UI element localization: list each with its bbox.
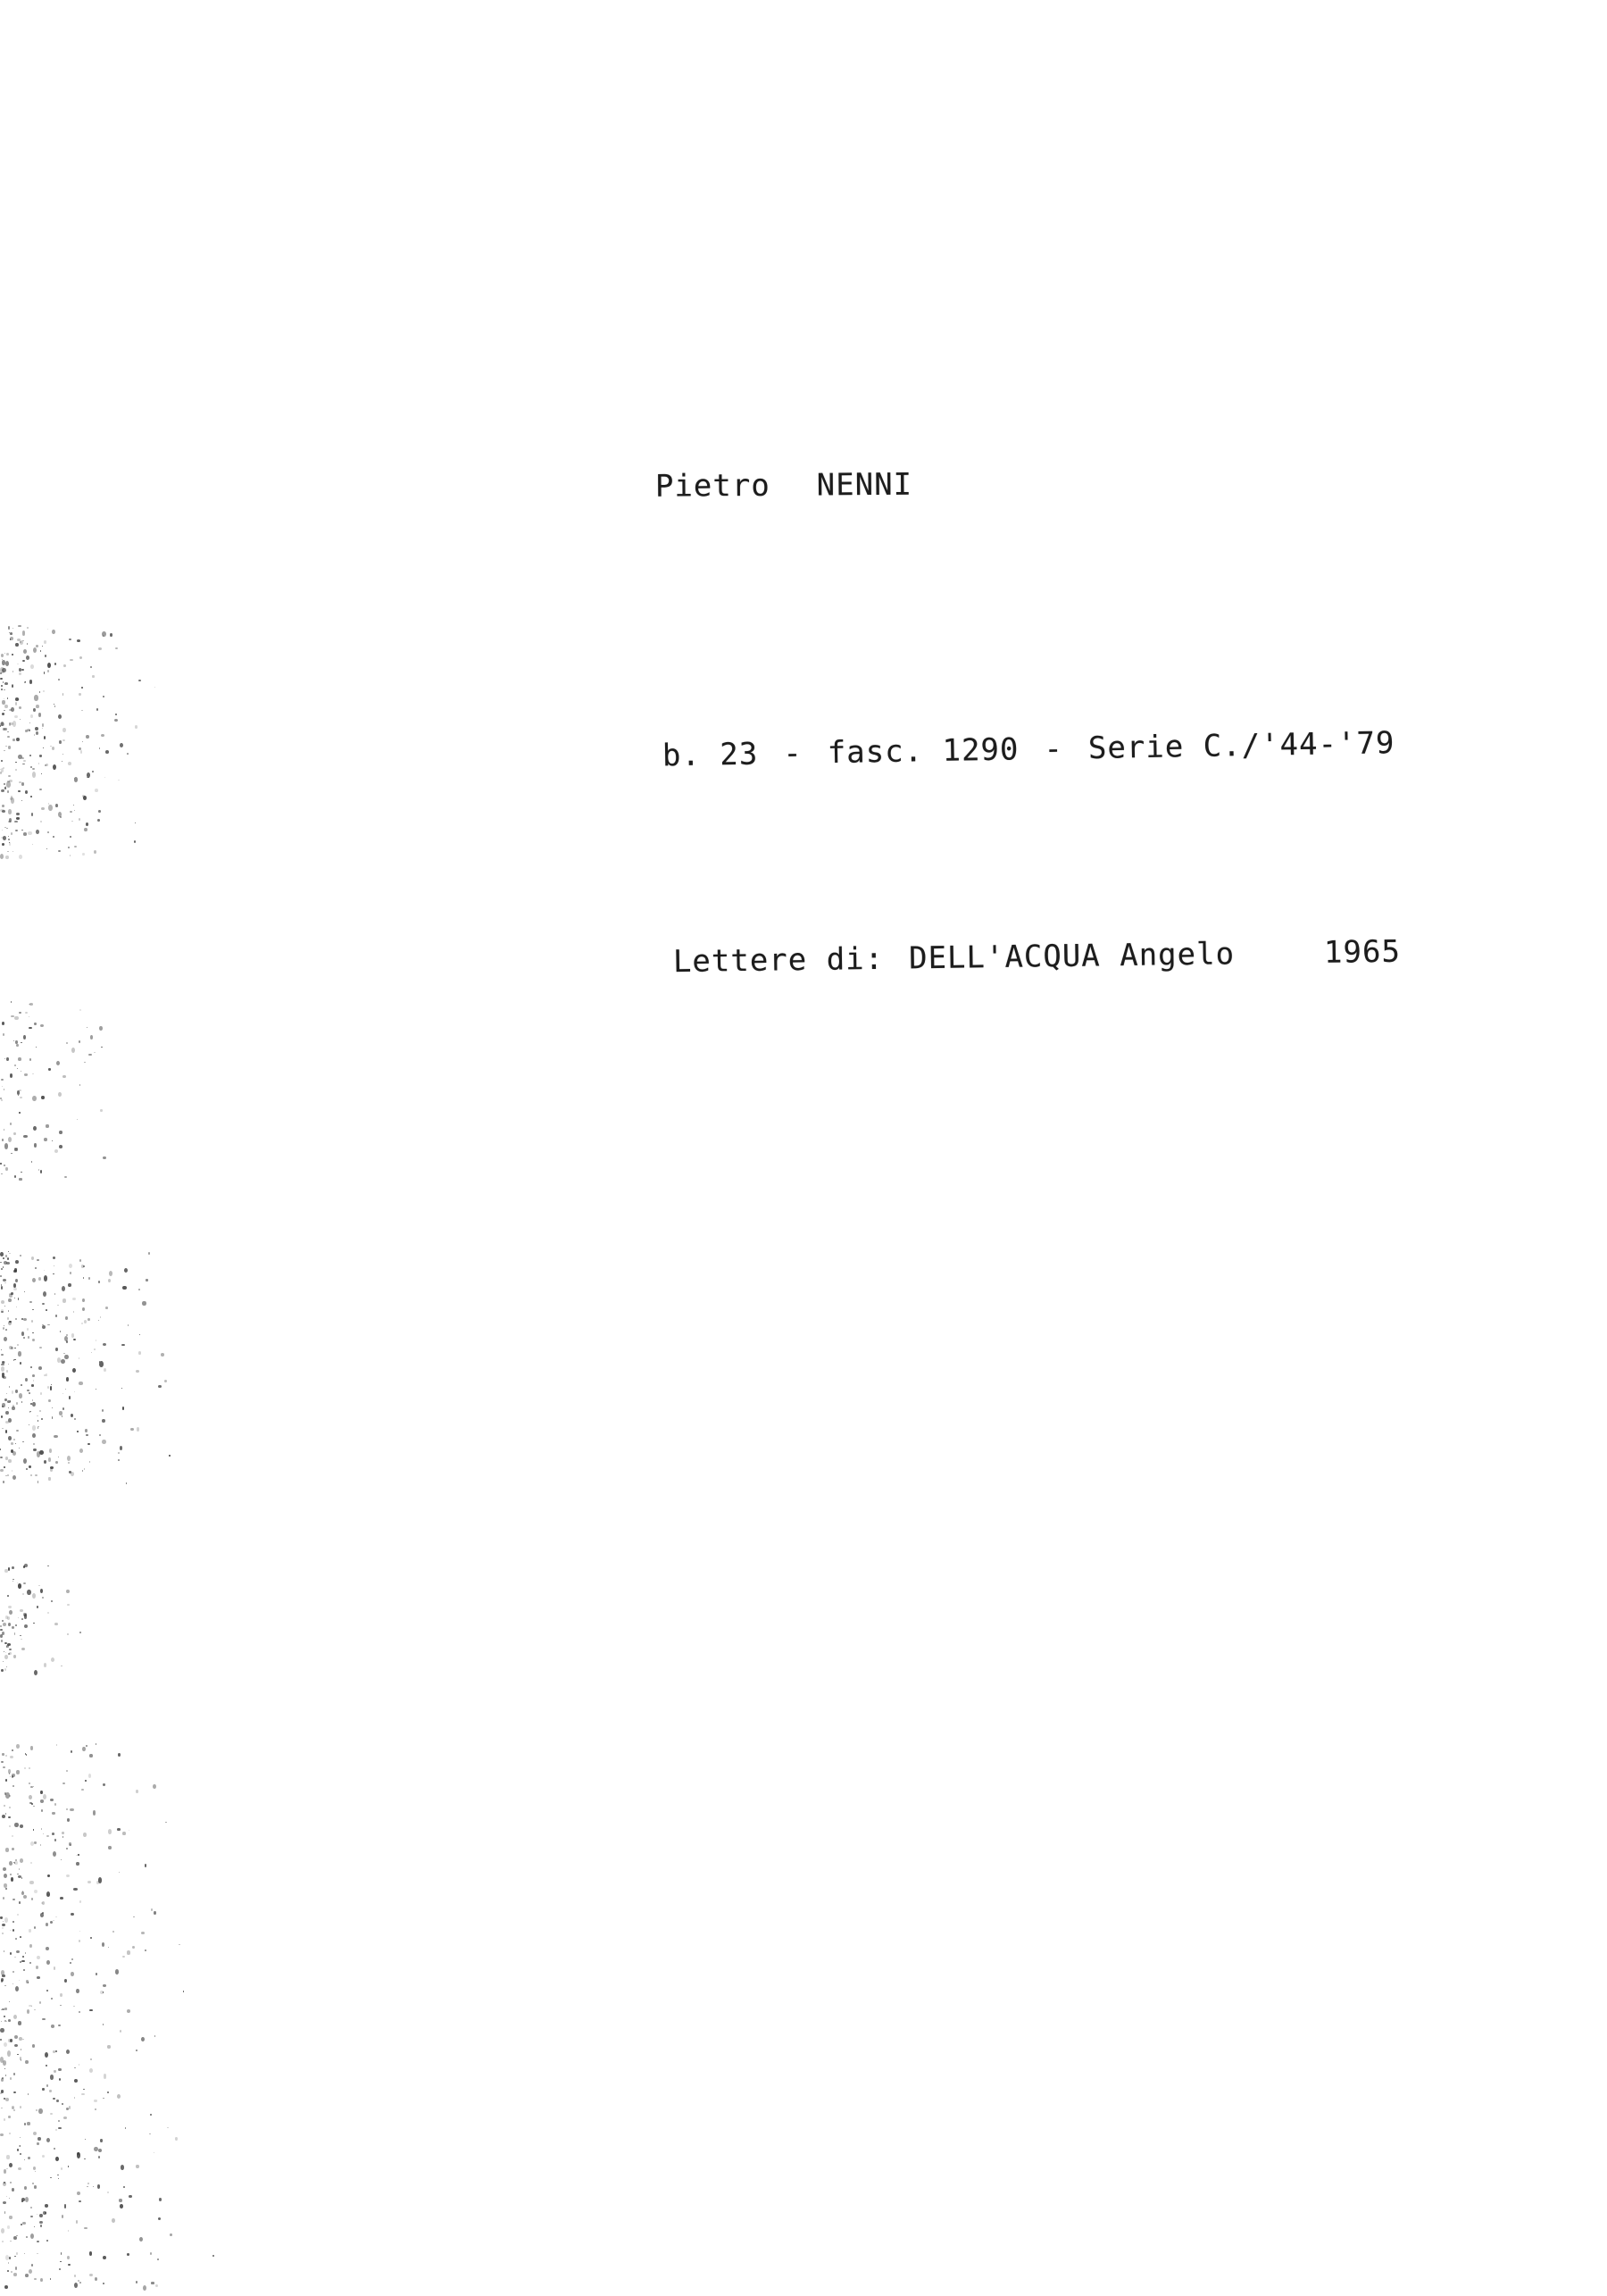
first-name: Pietro xyxy=(655,468,770,505)
archive-reference: b. 23-fasc. 1290-Serie C./'44-'79 xyxy=(585,689,1395,811)
scan-noise-margin xyxy=(0,625,232,2296)
letters-year: 1965 xyxy=(1324,934,1401,971)
fascicolo-number: fasc. 1290 xyxy=(827,731,1019,771)
scanned-page: PietroNENNI b. 23-fasc. 1290-Serie C./'4… xyxy=(0,0,1607,2296)
busta-number: b. 23 xyxy=(662,737,759,774)
archive-heading: PietroNENNI xyxy=(579,431,913,541)
serie-label: Serie C./'44-'79 xyxy=(1088,725,1395,766)
separator: - xyxy=(783,736,803,772)
letters-label: Lettere di: xyxy=(673,941,885,980)
letters-line: Lettere di:DELL'ACQUA Angelo1965 xyxy=(595,898,1402,1017)
separator: - xyxy=(1044,731,1063,767)
letters-author: DELL'ACQUA Angelo xyxy=(909,936,1236,976)
last-name: NENNI xyxy=(817,467,913,504)
